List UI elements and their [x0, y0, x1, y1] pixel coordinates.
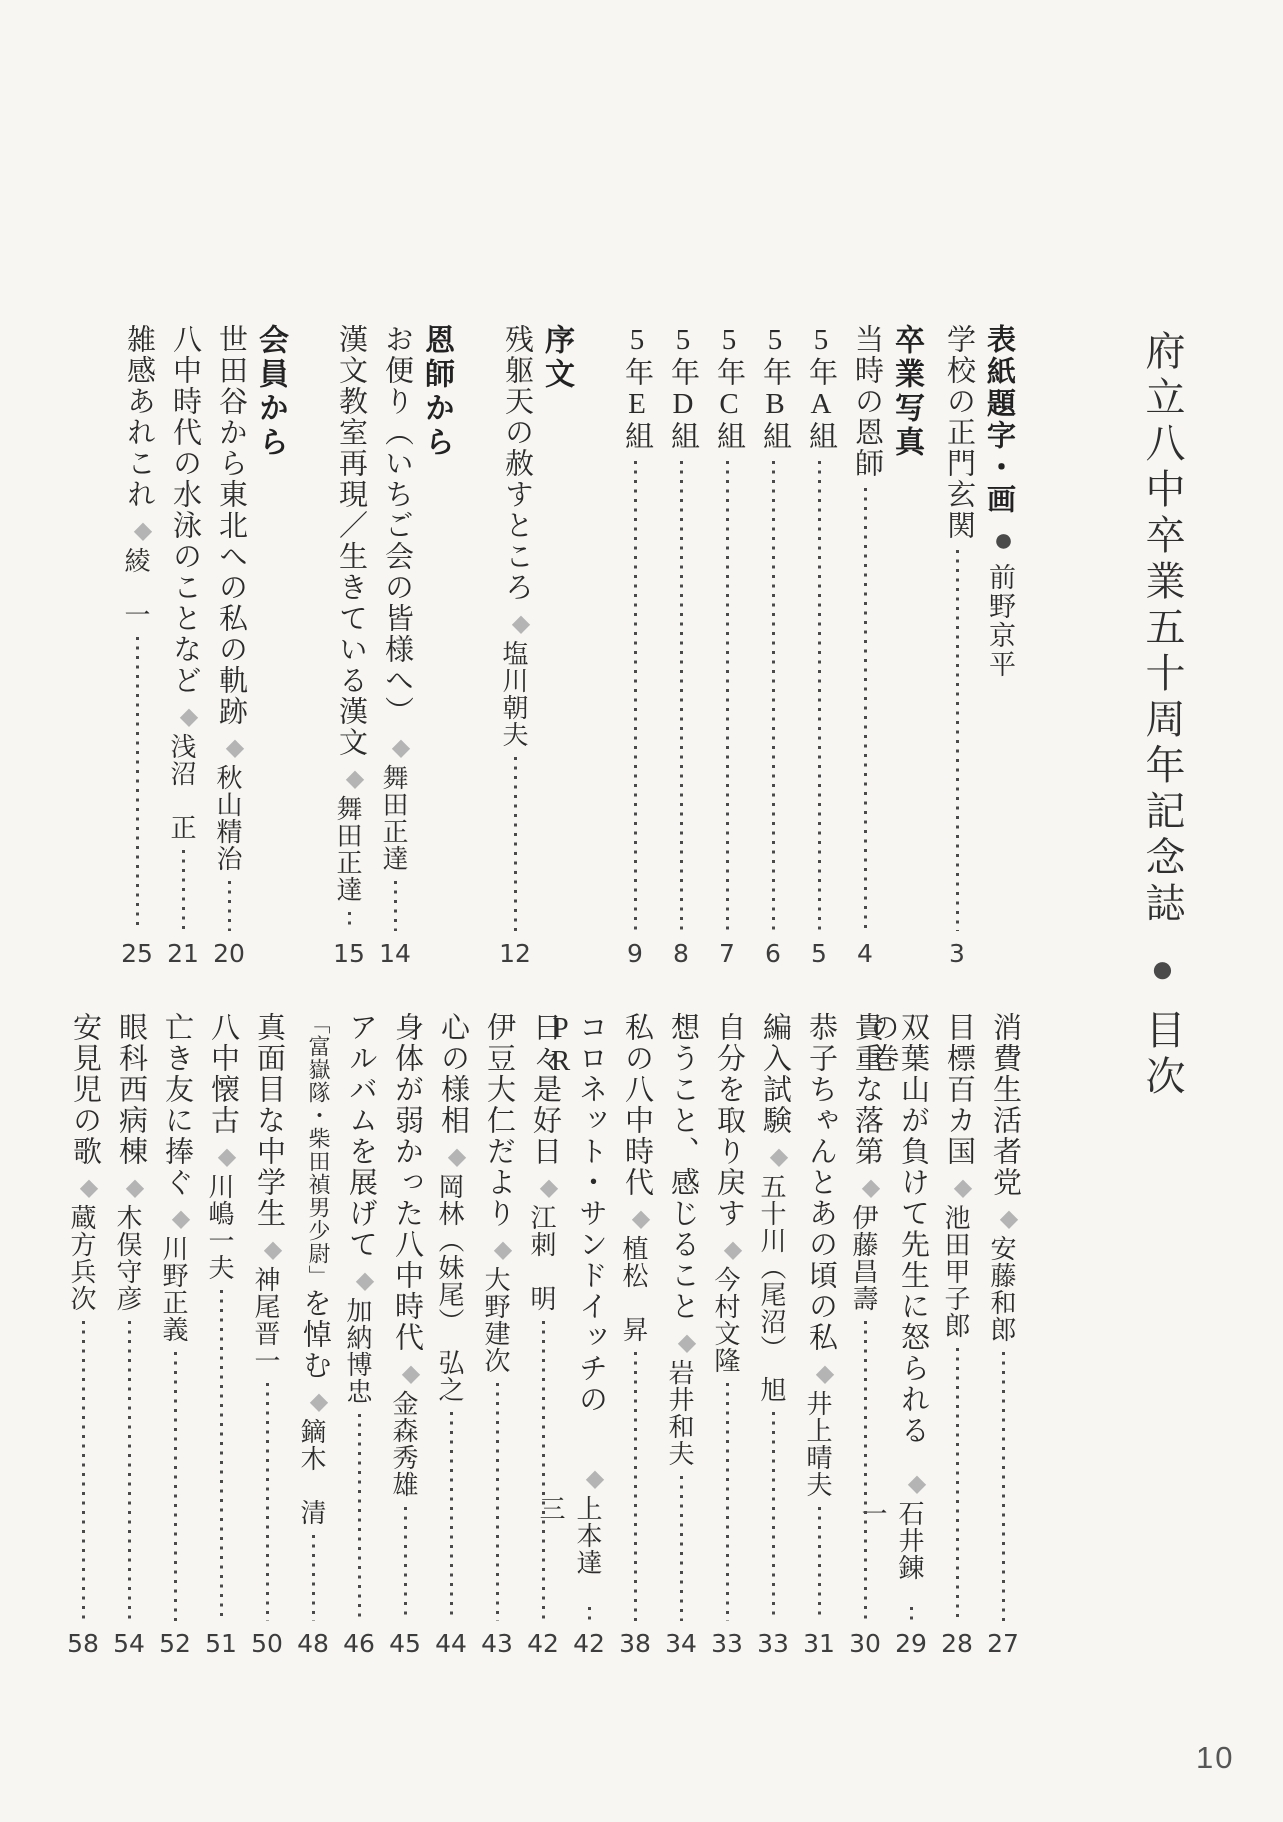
entry-title: 双葉山が負けて先生に怒られるの巻 [894, 1012, 928, 1463]
dotted-leader [894, 1607, 928, 1621]
section-label: 会員から [258, 324, 292, 460]
credit-label: 表紙題字・画 [986, 324, 1020, 516]
toc-entry: 5年B組6 [756, 324, 790, 972]
dotted-leader [120, 637, 154, 931]
toc-entry: 漢文教室再現／生きている漢文◆舞田正達15 [332, 324, 366, 972]
toc-entry: 恭子ちゃんとあの頃の私◆井上晴夫31 [802, 1012, 836, 1662]
toc-entry: 亡き友に捧ぐ◆川野正義52 [158, 1012, 192, 1662]
entry-title: 消費生活者党 [986, 1012, 1020, 1198]
dotted-leader [664, 461, 698, 931]
entry-page-number: 30 [848, 1626, 882, 1662]
entry-author: 秋山精治 [212, 764, 246, 872]
dotted-leader [526, 1321, 560, 1621]
toc-entry: 編入試験◆五十川（尾沼） 旭33 [756, 1012, 790, 1662]
entry-page-number: 42 [572, 1626, 606, 1662]
author-diamond-icon: ◆ [66, 1173, 100, 1201]
dotted-leader [986, 1352, 1020, 1621]
toc-entry: アルバムを展げて◆加納博忠46 [342, 1012, 376, 1662]
dotted-leader [848, 1321, 882, 1621]
dotted-leader [378, 881, 412, 931]
dotted-leader [480, 1383, 514, 1621]
page-title-suffix: 目次 [1140, 1009, 1185, 1101]
entry-title: お便り（いちご会の皆様へ） [378, 324, 412, 727]
entry-author: 鏑木 清 [296, 1418, 330, 1526]
entry-title: コロネット・サンドイッチのPR [572, 1012, 606, 1458]
author-diamond-icon: ◆ [664, 1328, 698, 1356]
toc-entry: 心の様相◆岡林（妹尾） 弘之44 [434, 1012, 468, 1662]
entry-page-number: 48 [296, 1626, 330, 1662]
toc-section-header: 会員から [258, 324, 292, 972]
toc-entry: 安見児の歌◆蔵方兵次58 [66, 1012, 100, 1662]
entry-page-number: 50 [250, 1626, 284, 1662]
author-diamond-icon: ◆ [986, 1204, 1020, 1232]
entry-page-number: 43 [480, 1626, 514, 1662]
entry-page-number: 14 [378, 936, 412, 972]
toc-entry: 5年E組9 [618, 324, 652, 972]
entry-page-number: 54 [112, 1626, 146, 1662]
dotted-leader [342, 1414, 376, 1621]
entry-author: 蔵方兵次 [66, 1204, 100, 1312]
entry-author: 井上晴夫 [802, 1390, 836, 1498]
entry-title: 私の八中時代 [618, 1012, 652, 1198]
section-label: 序文 [544, 324, 578, 392]
author-diamond-icon: ◆ [158, 1204, 192, 1232]
page-number: 10 [1196, 1740, 1234, 1776]
entry-page-number: 52 [158, 1626, 192, 1662]
toc-entry: コロネット・サンドイッチのPR◆上本達三42 [572, 1012, 606, 1662]
entry-title: 八中時代の水泳のことなど [166, 324, 200, 696]
entry-page-number: 25 [120, 936, 154, 972]
entry-author: 神尾晋一 [250, 1266, 284, 1374]
toc-section-header: 序文 [544, 324, 578, 972]
author-diamond-icon: ◆ [120, 516, 154, 544]
entry-author: 岡林（妹尾） 弘之 [434, 1173, 468, 1403]
entry-title: 残躯天の赦すところ [498, 324, 532, 603]
author-diamond-icon: ◆ [332, 764, 366, 792]
entry-title: 5年B組 [756, 324, 790, 452]
entry-page-number: 58 [66, 1626, 100, 1662]
credit-bullet-icon: ● [986, 522, 1020, 559]
entry-page-number: 21 [166, 936, 200, 972]
toc-entry: 学校の正門玄関3 [940, 324, 974, 972]
entry-author: 五十川（尾沼） 旭 [756, 1173, 790, 1403]
author-diamond-icon: ◆ [166, 702, 200, 730]
entry-title: 世田谷から東北への私の軌跡 [212, 324, 246, 727]
author-diamond-icon: ◆ [434, 1142, 468, 1170]
toc-section-header: 恩師から [424, 324, 458, 972]
author-diamond-icon: ◆ [618, 1204, 652, 1232]
entry-author: 加納博忠 [342, 1297, 376, 1405]
section-label: 卒業写真 [894, 324, 928, 460]
dotted-leader [250, 1383, 284, 1621]
author-diamond-icon: ◆ [572, 1464, 606, 1492]
author-diamond-icon: ◆ [342, 1266, 376, 1294]
entry-author: 江刺 明 [526, 1204, 560, 1312]
entry-page-number: 8 [664, 936, 698, 972]
entry-title: アルバムを展げて [342, 1012, 376, 1260]
entry-author: 安藤和郎 [986, 1235, 1020, 1343]
toc-top-block: 表紙題字・画●前野京平学校の正門玄関3卒業写真当時の恩師45年A組55年B組65… [55, 324, 1020, 972]
toc-entry: 目標百カ国◆池田甲子郎28 [940, 1012, 974, 1662]
entry-page-number: 33 [710, 1626, 744, 1662]
toc-section-header: 卒業写真 [894, 324, 928, 972]
author-diamond-icon: ◆ [388, 1359, 422, 1387]
author-diamond-icon: ◆ [378, 733, 412, 761]
dotted-leader [618, 461, 652, 931]
dotted-leader [664, 1476, 698, 1621]
author-diamond-icon: ◆ [756, 1142, 790, 1170]
dotted-leader [618, 1352, 652, 1621]
dotted-leader [940, 1348, 974, 1621]
credit-name: 前野京平 [986, 563, 1020, 679]
entry-page-number: 42 [526, 1626, 560, 1662]
dotted-leader [498, 757, 532, 931]
dotted-leader [572, 1607, 606, 1621]
toc-entry: 5年D組8 [664, 324, 698, 972]
entry-page-number: 3 [940, 936, 974, 972]
author-diamond-icon: ◆ [710, 1235, 744, 1263]
dotted-leader [802, 461, 836, 931]
author-diamond-icon: ◆ [296, 1387, 330, 1415]
entry-author: 川嶋一夫 [204, 1173, 238, 1281]
author-diamond-icon: ◆ [498, 609, 532, 637]
entry-author: 舞田正達 [332, 795, 366, 903]
author-diamond-icon: ◆ [894, 1469, 928, 1497]
entry-author: 綾 一 [120, 547, 154, 628]
toc-entry: 双葉山が負けて先生に怒られるの巻◆石井錬一29 [894, 1012, 928, 1662]
entry-page-number: 46 [342, 1626, 376, 1662]
entry-author: 舞田正達 [378, 764, 412, 872]
entry-title: 想うこと、感じること [664, 1012, 698, 1322]
dotted-leader [756, 1412, 790, 1621]
entry-page-number: 33 [756, 1626, 790, 1662]
entry-page-number: 38 [618, 1626, 652, 1662]
dotted-leader [332, 912, 366, 931]
entry-title: 八中懐古 [204, 1012, 238, 1136]
entry-title: 5年A組 [802, 324, 836, 452]
entry-author: 川野正義 [158, 1235, 192, 1343]
author-diamond-icon: ◆ [112, 1173, 146, 1201]
entry-author: 木俣守彦 [112, 1204, 146, 1312]
dotted-leader [212, 881, 246, 931]
entry-author: 伊藤昌壽 [848, 1204, 882, 1312]
entry-title: 亡き友に捧ぐ [158, 1012, 192, 1198]
entry-page-number: 7 [710, 936, 744, 972]
toc-entry: 5年A組5 [802, 324, 836, 972]
toc-entry: 伊豆大仁だより◆大野建次43 [480, 1012, 514, 1662]
entry-author: 金森秀雄 [388, 1390, 422, 1498]
entry-title: 日々是好日 [526, 1012, 560, 1167]
entry-page-number: 28 [940, 1626, 974, 1662]
author-diamond-icon: ◆ [526, 1173, 560, 1201]
entry-page-number: 12 [498, 936, 532, 972]
entry-page-number: 44 [434, 1626, 468, 1662]
entry-author: 池田甲子郎 [940, 1204, 974, 1339]
entry-author: 石井錬一 [894, 1500, 928, 1598]
toc-entry: 眼科西病棟◆木俣守彦54 [112, 1012, 146, 1662]
entry-title: 編入試験 [756, 1012, 790, 1136]
entry-author: 上本達三 [572, 1495, 606, 1598]
entry-title: 伊豆大仁だより [480, 1012, 514, 1229]
entry-author: 岩井和夫 [664, 1359, 698, 1467]
toc-bottom-block: 消費生活者党◆安藤和郎27目標百カ国◆池田甲子郎28双葉山が負けて先生に怒られる… [55, 1012, 1020, 1662]
dotted-leader [388, 1507, 422, 1621]
entry-title: 目標百カ国 [940, 1012, 974, 1167]
author-diamond-icon: ◆ [250, 1235, 284, 1263]
toc-entry: 貴重な落第◆伊藤昌壽30 [848, 1012, 882, 1662]
entry-author: 植松 昇 [618, 1235, 652, 1343]
dotted-leader [848, 488, 882, 931]
entry-title: 5年C組 [710, 324, 744, 452]
entry-page-number: 45 [388, 1626, 422, 1662]
toc-entry: お便り（いちご会の皆様へ）◆舞田正達14 [378, 324, 412, 972]
author-diamond-icon: ◆ [940, 1173, 974, 1201]
dotted-leader [66, 1321, 100, 1621]
entry-title: 自分を取り戻す [710, 1012, 744, 1229]
entry-page-number: 20 [212, 936, 246, 972]
entry-title: 恭子ちゃんとあの頃の私 [802, 1012, 836, 1353]
entry-page-number: 51 [204, 1626, 238, 1662]
entry-page-number: 9 [618, 936, 652, 972]
author-diamond-icon: ◆ [204, 1142, 238, 1170]
entry-page-number: 27 [986, 1626, 1020, 1662]
toc-credit-line: 表紙題字・画●前野京平 [986, 324, 1020, 972]
dotted-leader [204, 1290, 238, 1621]
entry-title: 漢文教室再現／生きている漢文 [332, 324, 366, 758]
toc-entry: 想うこと、感じること◆岩井和夫34 [664, 1012, 698, 1662]
entry-title: 学校の正門玄関 [940, 324, 974, 541]
toc-entry: 八中懐古◆川嶋一夫51 [204, 1012, 238, 1662]
toc-entry: 真面目な中学生◆神尾晋一50 [250, 1012, 284, 1662]
entry-page-number: 4 [848, 936, 882, 972]
entry-author: 浅沼 正 [166, 733, 200, 841]
dotted-leader [434, 1412, 468, 1621]
page-title-main: 府立八中卒業五十周年記念誌 [1140, 330, 1185, 928]
scanned-toc-page: 府立八中卒業五十周年記念誌 ● 目次 表紙題字・画●前野京平学校の正門玄関3卒業… [0, 0, 1283, 1822]
entry-title: 雑感あれこれ [120, 324, 154, 510]
author-diamond-icon: ◆ [480, 1235, 514, 1263]
entry-page-number: 31 [802, 1626, 836, 1662]
entry-title: 当時の恩師 [848, 324, 882, 479]
dotted-leader [112, 1321, 146, 1621]
title-bullet-icon: ● [1140, 946, 1185, 991]
toc-entry: 残躯天の赦すところ◆塩川朝夫12 [498, 324, 532, 972]
entry-page-number: 34 [664, 1626, 698, 1662]
toc-entry: 5年C組7 [710, 324, 744, 972]
dotted-leader [802, 1507, 836, 1621]
toc-entry: 日々是好日◆江刺 明42 [526, 1012, 560, 1662]
toc-entry: 八中時代の水泳のことなど◆浅沼 正21 [166, 324, 200, 972]
entry-title: 5年D組 [664, 324, 698, 452]
entry-title: 安見児の歌 [66, 1012, 100, 1167]
entry-title: 5年E組 [618, 324, 652, 452]
dotted-leader [158, 1352, 192, 1621]
entry-author: 塩川朝夫 [498, 640, 532, 748]
entry-title: 貴重な落第 [848, 1012, 882, 1167]
entry-page-number: 6 [756, 936, 790, 972]
author-diamond-icon: ◆ [212, 733, 246, 761]
author-diamond-icon: ◆ [848, 1173, 882, 1201]
dotted-leader [166, 850, 200, 931]
dotted-leader [756, 461, 790, 931]
entry-title: 心の様相 [434, 1012, 468, 1136]
entry-title: 身体が弱かった八中時代 [388, 1012, 422, 1353]
toc-entry: 消費生活者党◆安藤和郎27 [986, 1012, 1020, 1662]
author-diamond-icon: ◆ [802, 1359, 836, 1387]
entry-author: 大野建次 [480, 1266, 514, 1374]
toc-entry: 世田谷から東北への私の軌跡◆秋山精治20 [212, 324, 246, 972]
dotted-leader [710, 1383, 744, 1621]
entry-page-number: 15 [332, 936, 366, 972]
toc-entry: 私の八中時代◆植松 昇38 [618, 1012, 652, 1662]
toc-entry: 雑感あれこれ◆綾 一25 [120, 324, 154, 972]
entry-page-number: 29 [894, 1626, 928, 1662]
toc-entry: 身体が弱かった八中時代◆金森秀雄45 [388, 1012, 422, 1662]
section-label: 恩師から [424, 324, 458, 460]
dotted-leader [296, 1535, 330, 1621]
entry-title: 真面目な中学生 [250, 1012, 284, 1229]
dotted-leader [940, 550, 974, 931]
toc-entry: 当時の恩師4 [848, 324, 882, 972]
toc-entry: 「富嶽隊・柴田禎男少尉」を悼む◆鏑木 清48 [296, 1012, 330, 1662]
entry-author: 今村文隆 [710, 1266, 744, 1374]
page-title: 府立八中卒業五十周年記念誌 ● 目次 [1139, 330, 1185, 1101]
entry-page-number: 5 [802, 936, 836, 972]
dotted-leader [710, 461, 744, 931]
toc-entry: 自分を取り戻す◆今村文隆33 [710, 1012, 744, 1662]
entry-title-small: 「富嶽隊・柴田禎男少尉」 [296, 1012, 330, 1288]
entry-title: 眼科西病棟 [112, 1012, 146, 1167]
entry-title: を悼む [296, 1288, 330, 1381]
